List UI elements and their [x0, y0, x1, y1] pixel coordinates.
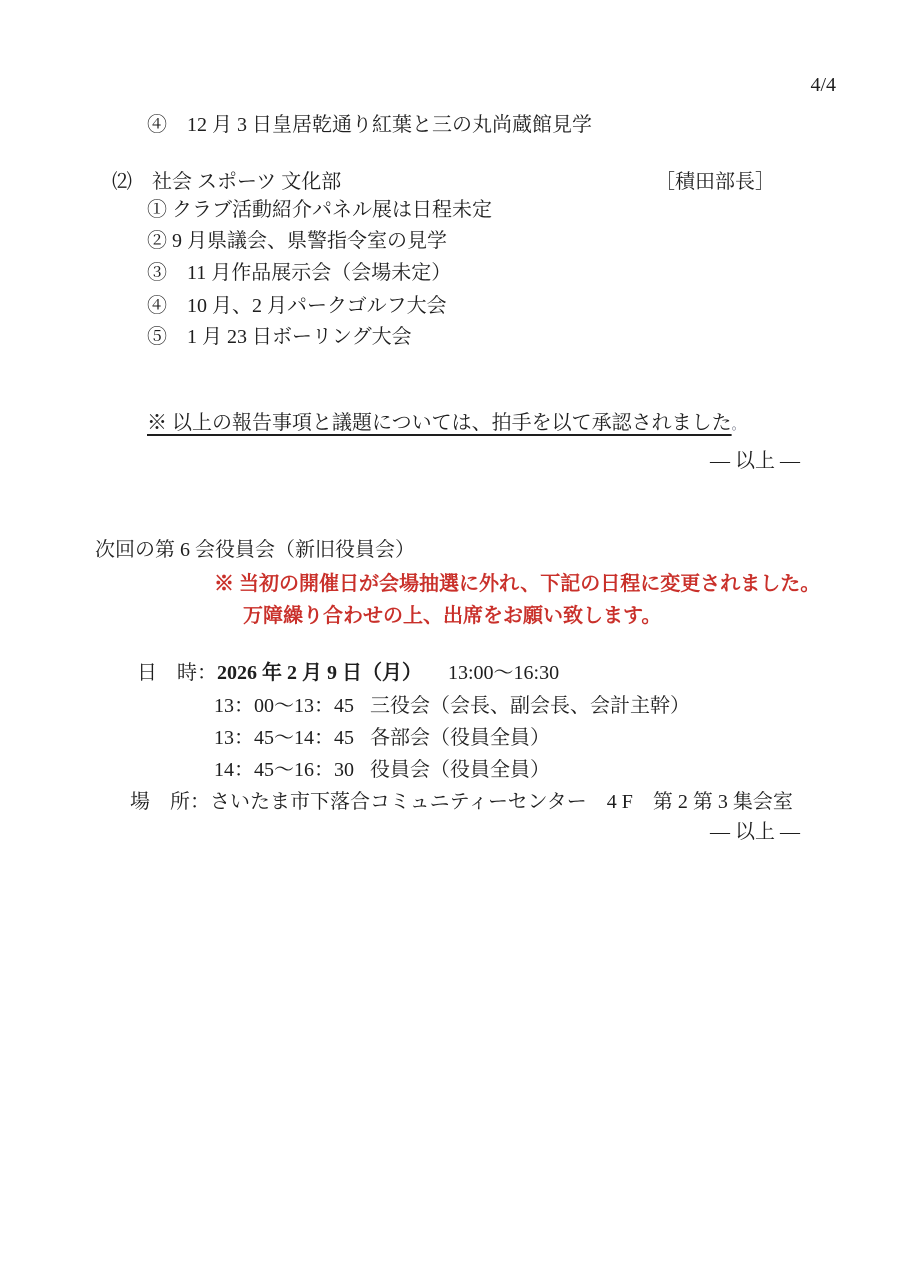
place-label: 場 所： [130, 791, 210, 813]
section2-item-1: ① クラブ活動紹介パネル展は日程未定 [147, 197, 492, 223]
report-item-travel: ④ 12 月 3 日皇居乾通り紅葉と三の丸尚蔵館見学 [147, 112, 592, 138]
approval-note-period: 。 [732, 417, 745, 432]
schedule-change-notice-line2: 万障繰り合わせの上、出席をお願い致します。 [243, 603, 661, 629]
approval-note-line: ※ 以上の報告事項と議題については、拍手を以て承認されました。 [127, 384, 745, 464]
section2-item-4: ④ 10 月、2 月パークゴルフ大会 [147, 293, 447, 319]
section2-item-2: ② 9 月県議会、県警指令室の見学 [147, 228, 447, 254]
report-closing-mark: ― 以上 ― [710, 448, 800, 474]
section2-heading: ⑵ 社会 スポーツ 文化部 [112, 169, 341, 195]
document-page: 4/4 ④ 12 月 3 日皇居乾通り紅葉と三の丸尚蔵館見学 ⑵ 社会 スポーツ… [0, 0, 900, 1272]
section2-item-5: ⑤ 1 月 23 日ボーリング大会 [147, 324, 412, 350]
next-meeting-title: 次回の第 6 会役員会（新旧役員会） [95, 537, 415, 563]
place-value: さいたま市下落合コミュニティーセンター 4 F 第 2 第 3 集会室 [210, 791, 793, 813]
next-meeting-closing-mark: ― 以上 ― [710, 819, 800, 845]
place-row: 場 所：さいたま市下落合コミュニティーセンター 4 F 第 2 第 3 集会室 [110, 763, 793, 841]
schedule-change-notice-line1: ※ 当初の開催日が会場抽選に外れ、下記の日程に変更されました。 [214, 571, 820, 597]
section2-item-3: ③ 11 月作品展示会（会場未定） [147, 260, 451, 286]
approval-note-text: ※ 以上の報告事項と議題については、拍手を以て承認されました [147, 412, 732, 434]
section2-leader: ［積田部長］ [655, 169, 775, 195]
page-number: 4/4 [810, 72, 836, 98]
